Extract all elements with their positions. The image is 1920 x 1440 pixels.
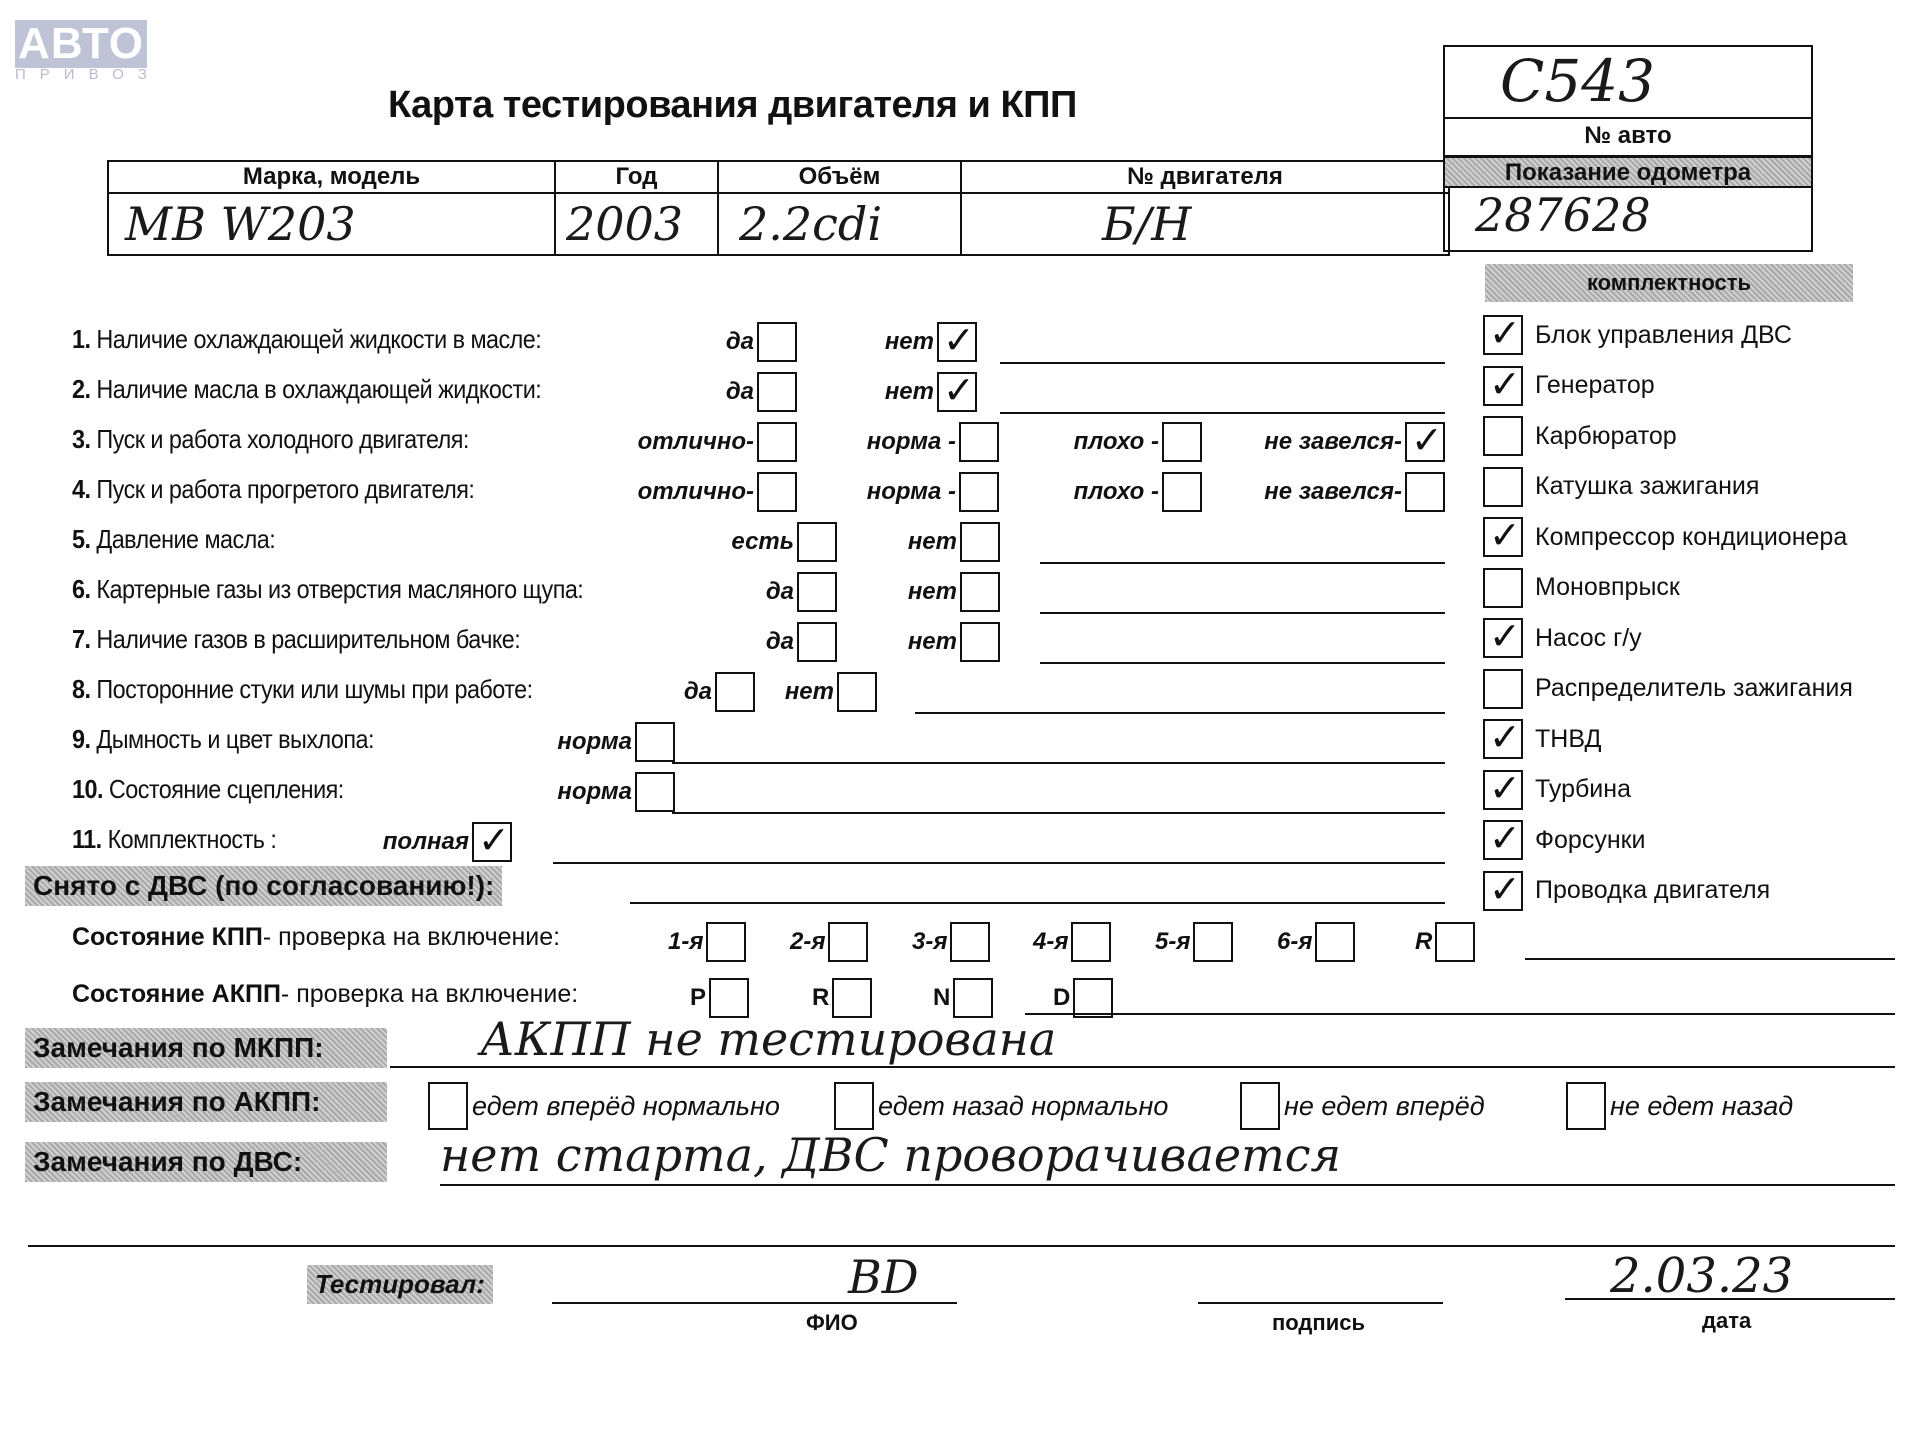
- year-value[interactable]: 2003: [555, 193, 718, 255]
- option-label: нет: [885, 328, 934, 356]
- completeness-item[interactable]: Компрессор кондиционера: [1483, 517, 1847, 557]
- kpp-label-bold: Состояние КПП: [72, 923, 263, 952]
- check-option[interactable]: да: [705, 322, 797, 362]
- check-option[interactable]: норма: [538, 722, 675, 762]
- notes-line[interactable]: [553, 862, 1445, 864]
- checkbox[interactable]: [959, 472, 999, 512]
- akpp-remark-option[interactable]: не едет назад: [1566, 1082, 1793, 1130]
- check-row-label: 1. Наличие охлаждающей жидкости в масле:: [72, 324, 593, 355]
- checkbox[interactable]: [1483, 416, 1523, 456]
- checkbox[interactable]: [797, 572, 837, 612]
- odometer-value[interactable]: 287628: [1445, 188, 1811, 250]
- date-line: [1565, 1298, 1895, 1300]
- completeness-item[interactable]: Блок управления ДВС: [1483, 315, 1792, 355]
- checkbox[interactable]: [1073, 978, 1113, 1018]
- checkbox[interactable]: [1483, 467, 1523, 507]
- gear-label: 4-я: [1033, 928, 1068, 956]
- checkbox[interactable]: [757, 372, 797, 412]
- completeness-item[interactable]: Карбюратор: [1483, 416, 1677, 456]
- option-label: нет: [908, 528, 957, 556]
- tested-by-name[interactable]: BD: [848, 1250, 919, 1304]
- completeness-item-label: Форсунки: [1535, 826, 1646, 855]
- completeness-item-label: Проводка двигателя: [1535, 876, 1770, 905]
- check-option[interactable]: нет: [888, 622, 1000, 662]
- option-label: да: [766, 578, 794, 606]
- completeness-item[interactable]: Турбина: [1483, 770, 1631, 810]
- option-label: есть: [731, 528, 794, 556]
- name-caption: ФИО: [806, 1310, 858, 1336]
- gear-label: 1-я: [668, 928, 703, 956]
- completeness-item-label: Моновпрыск: [1535, 573, 1680, 602]
- check-option[interactable]: полная: [365, 822, 512, 862]
- notes-line[interactable]: [672, 762, 1445, 764]
- remarks-dvs-line-2: [28, 1245, 1895, 1247]
- check-label: 6. Картерные газы из отверстия масляного…: [72, 574, 583, 605]
- checkbox[interactable]: [1405, 472, 1445, 512]
- check-option[interactable]: не завелся-: [1245, 472, 1445, 512]
- checkbox[interactable]: [1483, 669, 1523, 709]
- tested-by-label: Тестировал:: [307, 1265, 493, 1304]
- remark-option-label: не едет назад: [1610, 1091, 1793, 1122]
- checkbox[interactable]: [1193, 922, 1233, 962]
- checkbox[interactable]: [1483, 366, 1523, 406]
- checkbox[interactable]: [1315, 922, 1355, 962]
- checkbox[interactable]: [1483, 568, 1523, 608]
- completeness-item[interactable]: Форсунки: [1483, 820, 1646, 860]
- option-label: отлично-: [638, 478, 754, 506]
- checkbox[interactable]: [757, 472, 797, 512]
- check-label: 8. Посторонние стуки или шумы при работе…: [72, 674, 533, 705]
- check-row-label: 8. Посторонние стуки или шумы при работе…: [72, 674, 584, 705]
- kpp-label-rest: - проверка на включение:: [263, 923, 560, 952]
- gear-label: 2-я: [790, 928, 825, 956]
- check-option[interactable]: нет: [766, 672, 877, 712]
- checkbox[interactable]: [797, 522, 837, 562]
- checkbox[interactable]: [715, 672, 755, 712]
- akpp-remark-option[interactable]: едет назад нормально: [834, 1082, 1168, 1130]
- option-label: норма: [557, 778, 632, 806]
- completeness-item[interactable]: Моновпрыск: [1483, 568, 1680, 608]
- checkbox[interactable]: [1483, 315, 1523, 355]
- check-row-label: 6. Картерные газы из отверстия масляного…: [72, 574, 640, 605]
- checkbox[interactable]: [1162, 472, 1202, 512]
- checkbox[interactable]: [837, 672, 877, 712]
- checkbox[interactable]: [1162, 422, 1202, 462]
- completeness-item[interactable]: Катушка зажигания: [1483, 467, 1759, 507]
- kpp-label: Состояние КПП - проверка на включение:: [72, 923, 560, 952]
- option-label: полная: [383, 828, 469, 856]
- checkbox[interactable]: [1483, 719, 1523, 759]
- removed-line[interactable]: [630, 902, 1445, 904]
- check-row-label: 7. Наличие газов в расширительном бачке:: [72, 624, 570, 655]
- option-label: норма: [557, 728, 632, 756]
- checkbox[interactable]: [828, 922, 868, 962]
- akpp-line[interactable]: [1025, 1013, 1895, 1015]
- completeness-item-label: ТНВД: [1535, 725, 1601, 754]
- akpp-remark-option[interactable]: едет вперёд нормально: [428, 1082, 780, 1130]
- name-line: [552, 1302, 957, 1304]
- mode-label: N: [933, 984, 950, 1012]
- check-label: 5. Давление масла:: [72, 524, 275, 555]
- gear-label: R: [1415, 928, 1432, 956]
- gear-option[interactable]: R: [1415, 922, 1475, 962]
- remark-option-label: едет назад нормально: [878, 1091, 1168, 1122]
- check-label: 4. Пуск и работа прогретого двигателя:: [72, 474, 474, 505]
- check-option[interactable]: да: [747, 622, 837, 662]
- page-title: Карта тестирования двигателя и КПП: [388, 84, 1077, 127]
- remarks-mkpp-line: [390, 1066, 1895, 1068]
- check-label: 2. Наличие масла в охлаждающей жидкости:: [72, 374, 541, 405]
- make-model-value[interactable]: MB W203: [108, 193, 555, 255]
- odometer-box: Показание одометра 287628: [1443, 156, 1813, 252]
- checkbox[interactable]: [635, 722, 675, 762]
- mode-label: D: [1053, 984, 1070, 1012]
- option-label: норма -: [867, 478, 956, 506]
- completeness-item[interactable]: ТНВД: [1483, 719, 1601, 759]
- check-option[interactable]: нет: [888, 522, 1000, 562]
- logo-subtitle: ПРИВОЗ: [15, 66, 161, 83]
- odometer-label: Показание одометра: [1445, 156, 1811, 188]
- check-row-label: 5. Давление масла:: [72, 524, 298, 555]
- completeness-item[interactable]: Генератор: [1483, 366, 1655, 406]
- engine-number-value[interactable]: Б/Н: [961, 193, 1449, 255]
- checkbox[interactable]: [428, 1082, 468, 1130]
- notes-line[interactable]: [915, 712, 1445, 714]
- option-label: нет: [785, 678, 834, 706]
- checkbox[interactable]: [1240, 1082, 1280, 1130]
- checkbox[interactable]: [937, 372, 977, 412]
- check-option[interactable]: да: [668, 672, 755, 712]
- completeness-header: комплектность: [1485, 264, 1853, 302]
- checkbox[interactable]: [1435, 922, 1475, 962]
- option-label: отлично-: [638, 428, 754, 456]
- gear-option[interactable]: 5-я: [1155, 922, 1233, 962]
- check-row-label: 3. Пуск и работа холодного двигателя:: [72, 424, 513, 455]
- checkbox[interactable]: [834, 1082, 874, 1130]
- test-date[interactable]: 2.03.23: [1610, 1248, 1793, 1304]
- check-label: 11. Комплектность :: [72, 824, 276, 855]
- option-label: нет: [908, 578, 957, 606]
- remarks-akpp-label: Замечания по АКПП:: [25, 1082, 387, 1122]
- akpp-label-bold: Состояние АКПП: [72, 980, 281, 1009]
- checkbox[interactable]: [757, 422, 797, 462]
- check-label: 7. Наличие газов в расширительном бачке:: [72, 624, 520, 655]
- checkbox[interactable]: [1483, 517, 1523, 557]
- notes-line[interactable]: [1000, 412, 1445, 414]
- check-option[interactable]: норма -: [845, 422, 999, 462]
- logo: АВТО: [15, 20, 147, 68]
- date-caption: дата: [1702, 1308, 1751, 1334]
- option-label: да: [726, 328, 754, 356]
- check-option[interactable]: да: [705, 372, 797, 412]
- header-year: Год: [555, 161, 718, 193]
- check-option[interactable]: норма -: [845, 472, 999, 512]
- checkbox[interactable]: [960, 622, 1000, 662]
- gear-option[interactable]: 4-я: [1033, 922, 1111, 962]
- remarks-dvs-label: Замечания по ДВС:: [25, 1142, 387, 1182]
- checkbox[interactable]: [1483, 820, 1523, 860]
- checkbox[interactable]: [797, 622, 837, 662]
- completeness-item[interactable]: Проводка двигателя: [1483, 871, 1770, 911]
- check-option[interactable]: есть: [712, 522, 837, 562]
- checkbox[interactable]: [950, 922, 990, 962]
- checkbox[interactable]: [472, 822, 512, 862]
- gear-label: 3-я: [912, 928, 947, 956]
- gear-label: 5-я: [1155, 928, 1190, 956]
- checkbox[interactable]: [706, 922, 746, 962]
- gear-option[interactable]: 2-я: [790, 922, 868, 962]
- mode-label: P: [690, 984, 706, 1012]
- check-row-label: 4. Пуск и работа прогретого двигателя:: [72, 474, 519, 505]
- gear-option[interactable]: 3-я: [912, 922, 990, 962]
- volume-value[interactable]: 2.2cdi: [718, 193, 961, 255]
- gear-option[interactable]: 1-я: [668, 922, 746, 962]
- check-label: 3. Пуск и работа холодного двигателя:: [72, 424, 469, 455]
- check-option[interactable]: отлично-: [620, 422, 797, 462]
- check-option[interactable]: не завелся-: [1245, 422, 1445, 462]
- kpp-line[interactable]: [1525, 958, 1895, 960]
- option-label: нет: [885, 378, 934, 406]
- checkbox[interactable]: [757, 322, 797, 362]
- remark-option-label: не едет вперёд: [1284, 1091, 1485, 1122]
- notes-line[interactable]: [1040, 612, 1445, 614]
- check-option[interactable]: нет: [845, 322, 977, 362]
- check-option[interactable]: плохо -: [1055, 472, 1202, 512]
- gear-option[interactable]: 6-я: [1277, 922, 1355, 962]
- checkbox[interactable]: [1483, 618, 1523, 658]
- option-label: не завелся-: [1264, 428, 1402, 456]
- option-label: да: [766, 628, 794, 656]
- completeness-item-label: Карбюратор: [1535, 422, 1677, 451]
- notes-line[interactable]: [1040, 562, 1445, 564]
- remarks-mkpp-label: Замечания по МКПП:: [25, 1028, 387, 1068]
- check-row-label: 9. Дымность и цвет выхлопа:: [72, 724, 407, 755]
- notes-line[interactable]: [1040, 662, 1445, 664]
- signature-caption: подпись: [1272, 1310, 1365, 1336]
- completeness-item[interactable]: Насос г/у: [1483, 618, 1642, 658]
- check-option[interactable]: нет: [888, 572, 1000, 612]
- signature-line[interactable]: [1198, 1302, 1443, 1304]
- check-label: 1. Наличие охлаждающей жидкости в масле:: [72, 324, 541, 355]
- auto-number-value[interactable]: C543: [1445, 47, 1811, 119]
- checkbox[interactable]: [1071, 922, 1111, 962]
- checkbox[interactable]: [1566, 1082, 1606, 1130]
- check-option[interactable]: норма: [538, 772, 675, 812]
- mode-label: R: [812, 984, 829, 1012]
- checkbox[interactable]: [960, 572, 1000, 612]
- check-option[interactable]: отлично-: [620, 472, 797, 512]
- vehicle-info-table: Марка, модель Год Объём № двигателя MB W…: [107, 160, 1450, 256]
- option-label: плохо -: [1074, 478, 1159, 506]
- option-label: нет: [908, 628, 957, 656]
- akpp-mode-option[interactable]: D: [1053, 978, 1113, 1018]
- notes-line[interactable]: [672, 812, 1445, 814]
- check-label: 10. Состояние сцепления:: [72, 774, 344, 805]
- checkbox[interactable]: [960, 522, 1000, 562]
- completeness-item-label: Катушка зажигания: [1535, 472, 1759, 501]
- header-engine-number: № двигателя: [961, 161, 1449, 193]
- check-row-label: 2. Наличие масла в охлаждающей жидкости:: [72, 374, 593, 405]
- checkbox[interactable]: [1483, 871, 1523, 911]
- completeness-item-label: Генератор: [1535, 371, 1655, 400]
- completeness-item-label: Распределитель зажигания: [1535, 674, 1853, 703]
- akpp-label: Состояние АКПП - проверка на включение:: [72, 980, 578, 1009]
- akpp-label-rest: - проверка на включение:: [281, 980, 578, 1009]
- removed-from-engine-label: Снято с ДВС (по согласованию!):: [25, 866, 502, 906]
- option-label: не завелся-: [1264, 478, 1402, 506]
- checkbox[interactable]: [1405, 422, 1445, 462]
- completeness-item-label: Турбина: [1535, 775, 1631, 804]
- header-make-model: Марка, модель: [108, 161, 555, 193]
- check-label: 9. Дымность и цвет выхлопа:: [72, 724, 374, 755]
- check-option[interactable]: нет: [845, 372, 977, 412]
- remarks-dvs-value[interactable]: нет старта, ДВС проворачивается: [440, 1128, 1341, 1182]
- option-label: да: [726, 378, 754, 406]
- checkbox[interactable]: [959, 422, 999, 462]
- check-row-label: 11. Комплектность :: [72, 824, 299, 855]
- checkbox[interactable]: [937, 322, 977, 362]
- remarks-mkpp-value[interactable]: АКПП не тестирована: [480, 1012, 1056, 1066]
- gear-label: 6-я: [1277, 928, 1312, 956]
- header-volume: Объём: [718, 161, 961, 193]
- option-label: да: [684, 678, 712, 706]
- notes-line[interactable]: [1000, 362, 1445, 364]
- check-row-label: 10. Состояние сцепления:: [72, 774, 374, 805]
- option-label: плохо -: [1074, 428, 1159, 456]
- completeness-item-label: Насос г/у: [1535, 624, 1642, 653]
- option-label: норма -: [867, 428, 956, 456]
- akpp-remark-option[interactable]: не едет вперёд: [1240, 1082, 1485, 1130]
- remarks-dvs-line: [440, 1184, 1895, 1186]
- completeness-item-label: Блок управления ДВС: [1535, 321, 1792, 350]
- auto-number-box: C543 № авто: [1443, 45, 1813, 157]
- completeness-item-label: Компрессор кондиционера: [1535, 523, 1847, 552]
- auto-number-label: № авто: [1445, 119, 1811, 155]
- check-option[interactable]: плохо -: [1055, 422, 1202, 462]
- check-option[interactable]: да: [747, 572, 837, 612]
- remark-option-label: едет вперёд нормально: [472, 1091, 780, 1122]
- completeness-item[interactable]: Распределитель зажигания: [1483, 669, 1853, 709]
- checkbox[interactable]: [1483, 770, 1523, 810]
- checkbox[interactable]: [635, 772, 675, 812]
